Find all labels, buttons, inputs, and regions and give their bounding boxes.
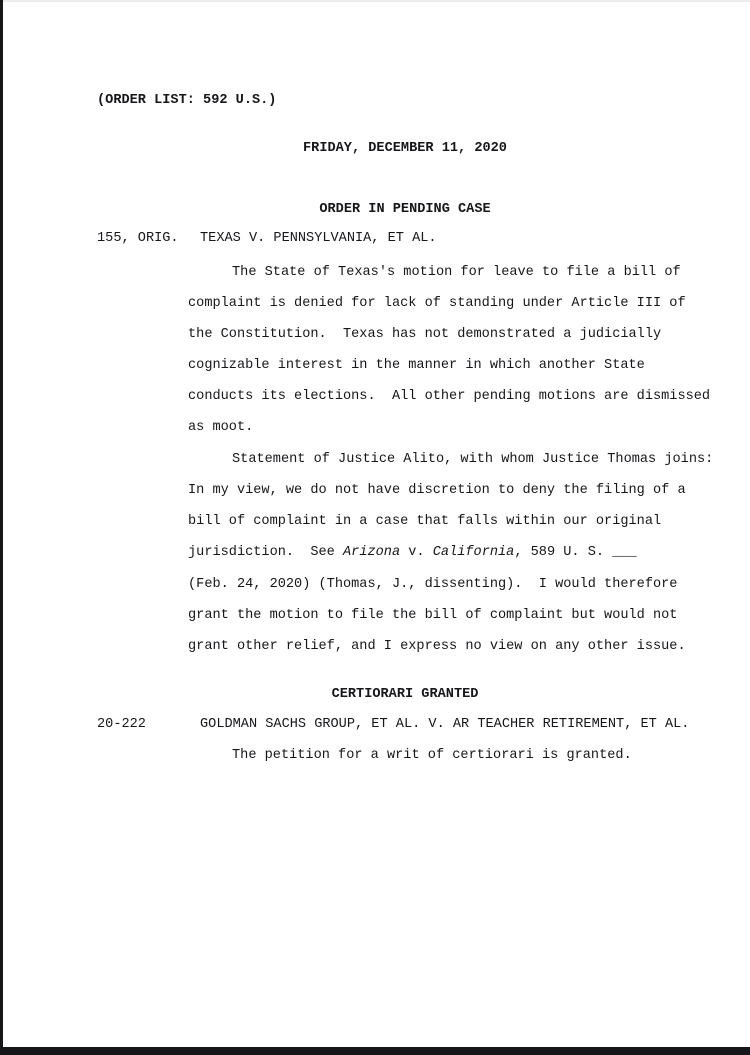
text-segment: jurisdiction. See: [188, 545, 343, 560]
case-row: 155, ORIG.TEXAS V. PENNSYLVANIA, ET AL.: [97, 229, 713, 249]
docket-number: 20-222: [97, 715, 146, 735]
page-bottom-edge: [0, 1047, 750, 1055]
case-title: TEXAS V. PENNSYLVANIA, ET AL.: [200, 229, 437, 249]
text-segment: cognizable interest in the manner in whi…: [188, 358, 645, 373]
case-row: 20-222GOLDMAN SACHS GROUP, ET AL. V. AR …: [97, 715, 713, 735]
text-segment: ORDER IN PENDING CASE: [319, 202, 490, 217]
body-line: bill of complaint in a case that falls w…: [188, 512, 661, 532]
body-line: conducts its elections. All other pendin…: [188, 387, 710, 407]
body-line: grant other relief, and I express no vie…: [188, 637, 686, 657]
text-segment: v.: [400, 545, 433, 560]
body-line: the Constitution. Texas has not demonstr…: [188, 325, 661, 345]
section-heading-order-in-pending-case: ORDER IN PENDING CASE: [97, 200, 713, 220]
text-segment: Statement of Justice Alito, with whom Ju…: [232, 452, 713, 467]
body-line: Statement of Justice Alito, with whom Ju…: [232, 450, 713, 470]
text-segment: the Constitution. Texas has not demonstr…: [188, 327, 661, 342]
text-segment: bill of complaint in a case that falls w…: [188, 514, 661, 529]
text-segment: In my view, we do not have discretion to…: [188, 483, 686, 498]
document-page: { "page": { "width": 750, "height": 1055…: [0, 0, 750, 1055]
case-citation-italic: Arizona: [343, 545, 400, 560]
text-segment: The State of Texas's motion for leave to…: [232, 265, 681, 280]
text-segment: grant the motion to file the bill of com…: [188, 608, 677, 623]
body-line: The petition for a writ of certiorari is…: [232, 746, 632, 766]
text-segment: grant other relief, and I express no vie…: [188, 639, 686, 654]
body-line: grant the motion to file the bill of com…: [188, 606, 677, 626]
body-line: complaint is denied for lack of standing…: [188, 294, 686, 314]
document-content: (ORDER LIST: 592 U.S.)FRIDAY, DECEMBER 1…: [97, 0, 713, 1047]
text-segment: (ORDER LIST: 592 U.S.): [97, 93, 276, 108]
text-segment: (Feb. 24, 2020) (Thomas, J., dissenting)…: [188, 577, 677, 592]
text-segment: CERTIORARI GRANTED: [332, 687, 479, 702]
text-segment: as moot.: [188, 420, 253, 435]
case-title: GOLDMAN SACHS GROUP, ET AL. V. AR TEACHE…: [200, 715, 689, 735]
text-segment: complaint is denied for lack of standing…: [188, 296, 686, 311]
case-citation-italic: California: [433, 545, 515, 560]
text-segment: FRIDAY, DECEMBER 11, 2020: [303, 141, 507, 156]
text-segment: , 589 U. S. ___: [514, 545, 636, 560]
body-line: The State of Texas's motion for leave to…: [232, 263, 681, 283]
text-segment: conducts its elections. All other pendin…: [188, 389, 710, 404]
order-list-header: (ORDER LIST: 592 U.S.): [97, 91, 276, 111]
text-segment: The petition for a writ of certiorari is…: [232, 748, 632, 763]
date-heading: FRIDAY, DECEMBER 11, 2020: [97, 139, 713, 159]
body-line: jurisdiction. See Arizona v. California,…: [188, 543, 637, 563]
section-heading-certiorari-granted: CERTIORARI GRANTED: [97, 685, 713, 705]
page-left-edge: [0, 0, 3, 1055]
docket-number: 155, ORIG.: [97, 229, 179, 249]
body-line: cognizable interest in the manner in whi…: [188, 356, 645, 376]
body-line: as moot.: [188, 418, 253, 438]
body-line: (Feb. 24, 2020) (Thomas, J., dissenting)…: [188, 575, 677, 595]
body-line: In my view, we do not have discretion to…: [188, 481, 686, 501]
